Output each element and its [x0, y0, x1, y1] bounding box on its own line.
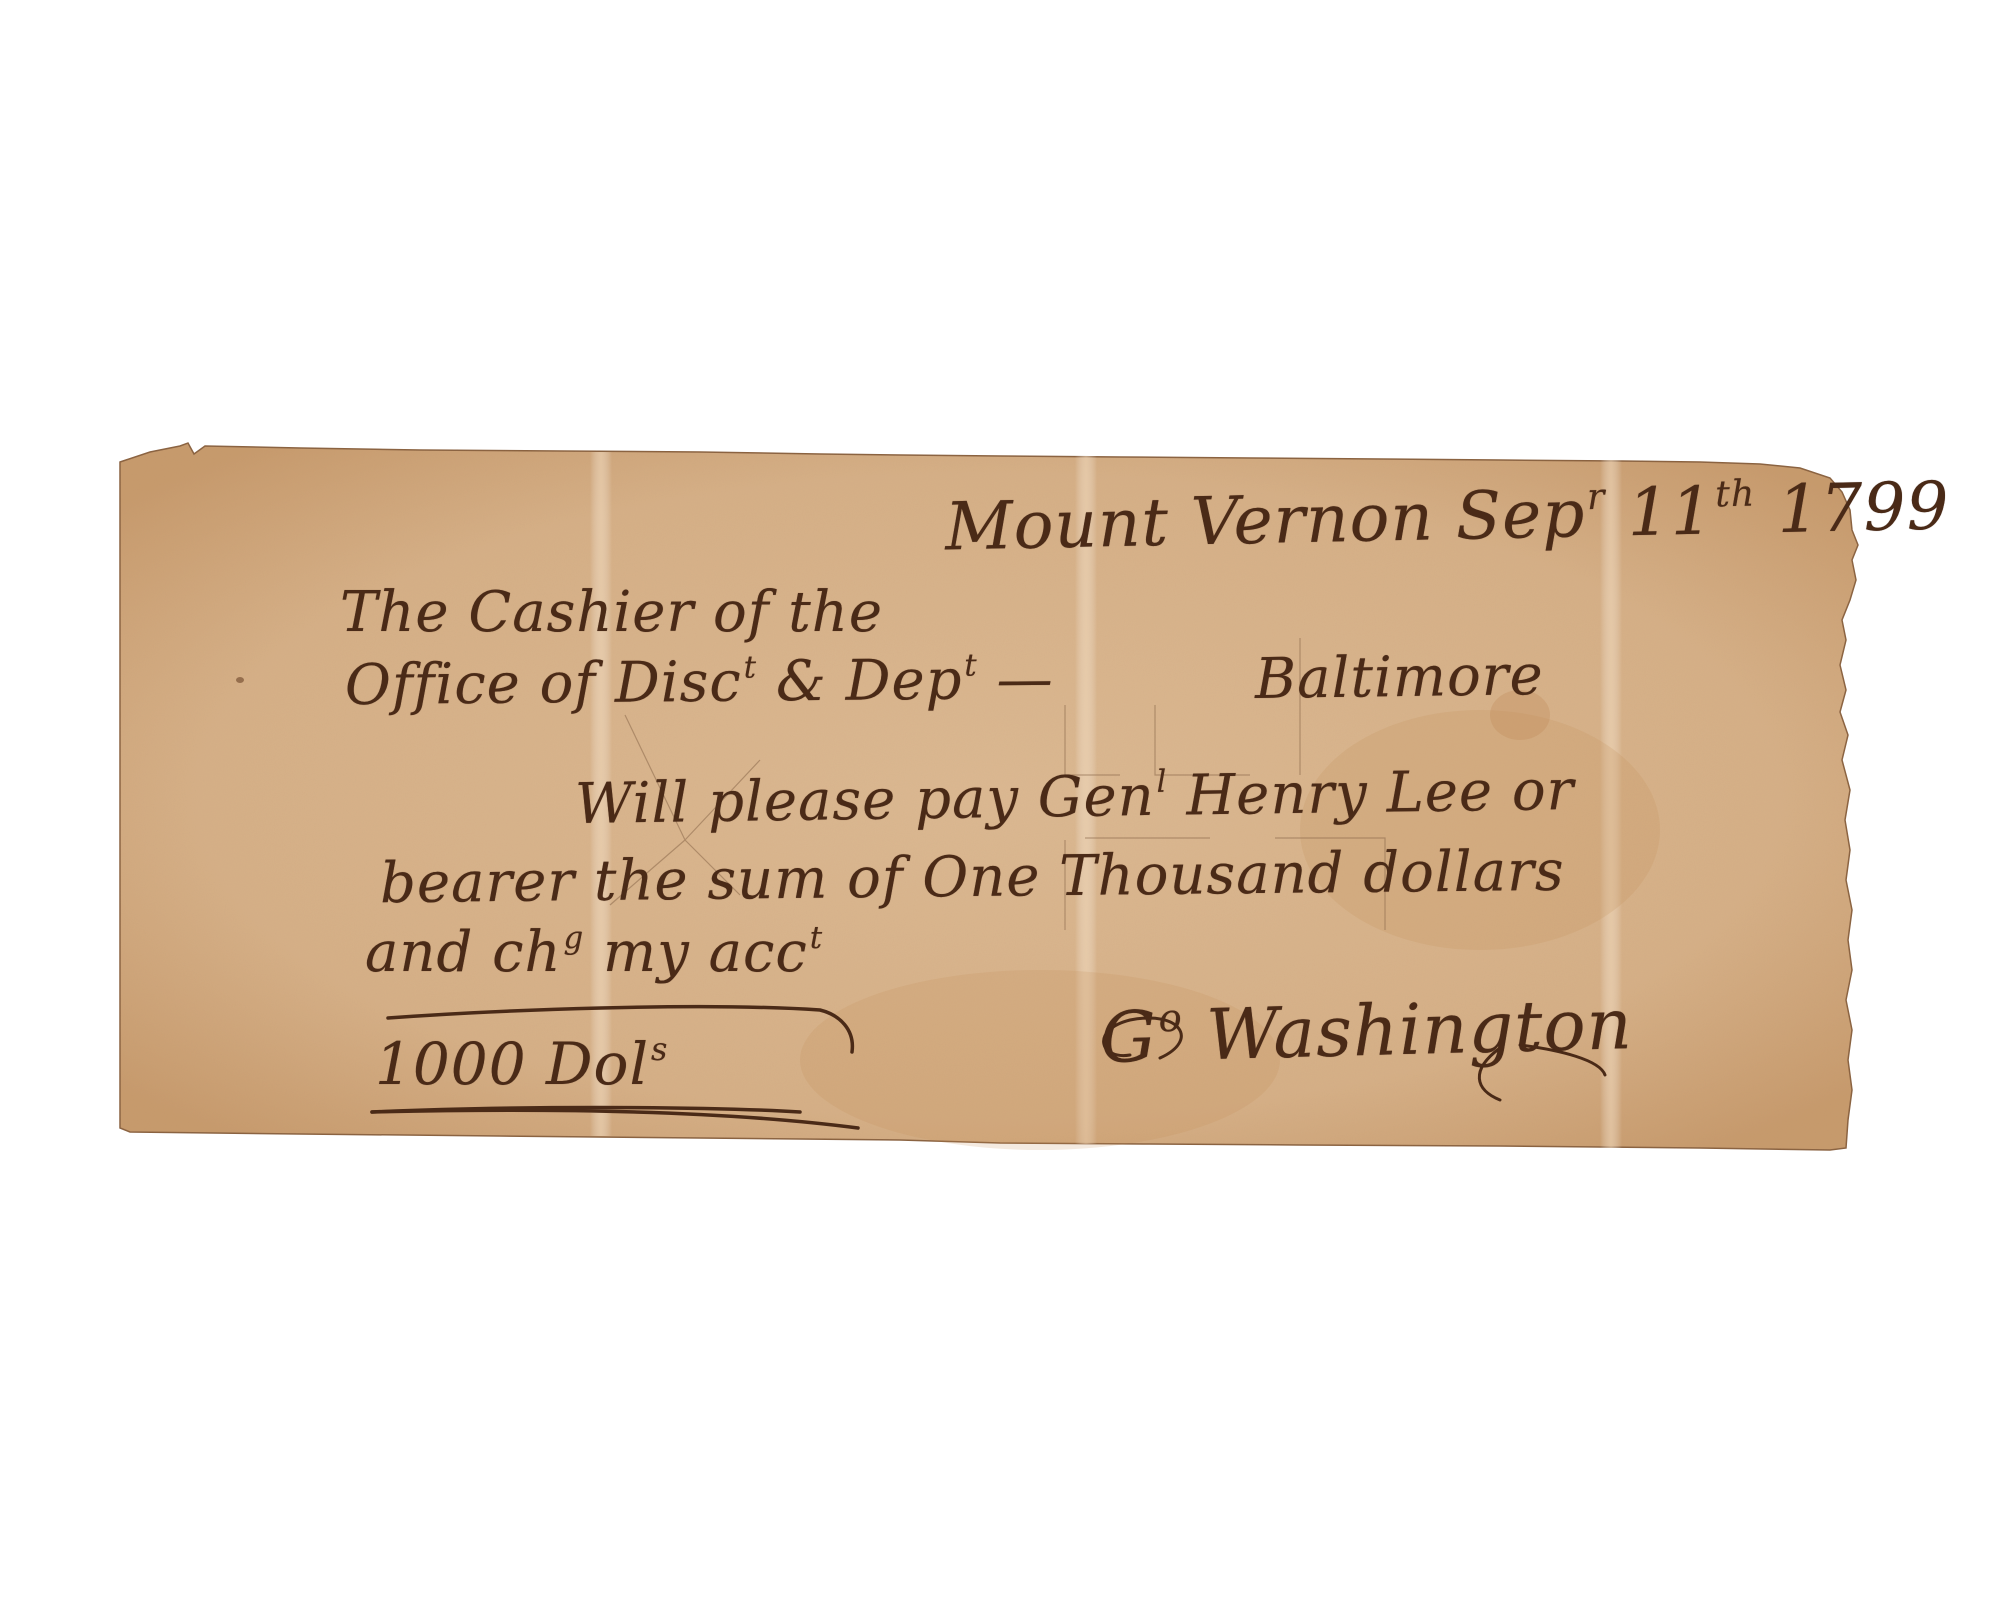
body-line-1-prefix: Will please pay Gen — [575, 764, 1156, 837]
dateline-day: 11 — [1627, 472, 1715, 551]
addressee-sup-2: t — [964, 647, 978, 683]
body-line-1-sup: l — [1156, 764, 1167, 800]
signature: Go Washington — [1099, 983, 1634, 1079]
addressee-dash: — — [978, 647, 1054, 713]
dateline-month: Sep — [1455, 475, 1586, 555]
signature-surname: Washington — [1182, 983, 1633, 1077]
body-line-3-mid: my acc — [584, 920, 807, 985]
addressee-city: Baltimore — [1255, 643, 1544, 712]
addressee-office-text: Office of Disc — [345, 650, 742, 718]
amount-sup: s — [651, 1030, 668, 1068]
body-line-3-sup-1: g — [564, 920, 585, 956]
body-line-2: bearer the sum of One Thousand dollars — [380, 839, 1565, 916]
dateline-year: 1799 — [1777, 467, 1951, 548]
body-line-3-sup-2: t — [810, 920, 823, 956]
body-line-3: and chg my acct — [365, 920, 823, 985]
addressee-dept-text: & Dep — [757, 648, 963, 715]
body-line-1-suffix: Henry Lee or — [1167, 758, 1575, 829]
amount-text: 1000 Dol — [375, 1030, 649, 1098]
addressee-sup-1: t — [743, 649, 757, 685]
dateline-month-sup: r — [1586, 474, 1605, 517]
dateline-place: Mount Vernon — [944, 478, 1434, 565]
document-paper: Mount Vernon Sepr 11th 1799 The Cashier … — [0, 0, 2000, 1600]
addressee-line-1: The Cashier of the — [340, 580, 883, 645]
signature-initial: G — [1099, 995, 1158, 1078]
amount-figure: 1000 Dols — [375, 1030, 668, 1098]
signature-initial-sup: o — [1158, 996, 1183, 1042]
addressee-line-2: Office of Disct & Dept — — [345, 647, 1054, 718]
body-line-3-prefix: and ch — [365, 920, 562, 985]
dateline-day-sup: th — [1715, 471, 1756, 515]
image-stage: Mount Vernon Sepr 11th 1799 The Cashier … — [0, 0, 2000, 1600]
